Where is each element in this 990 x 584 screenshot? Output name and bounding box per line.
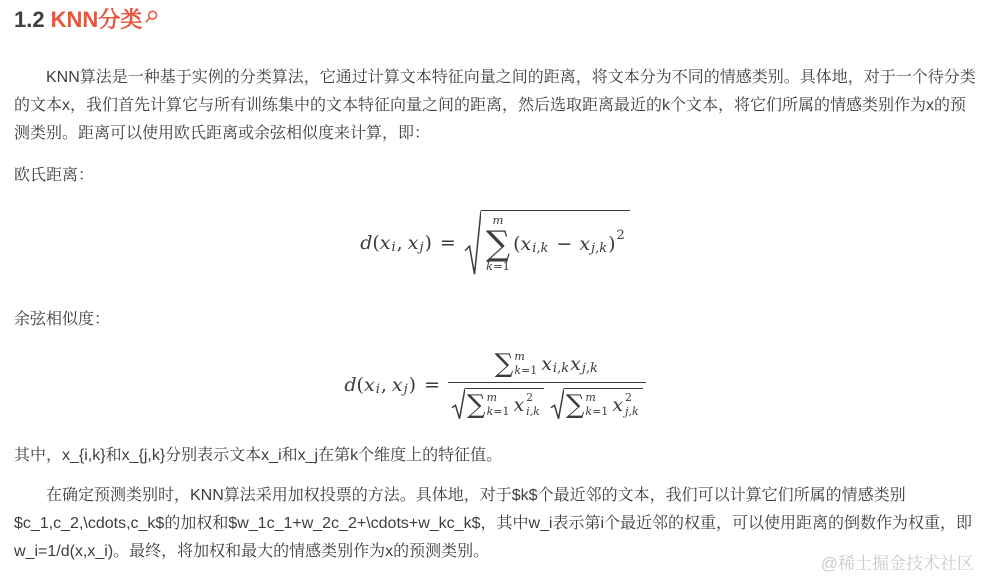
math-equals: = xyxy=(424,374,440,396)
math-equals: = xyxy=(440,232,456,254)
formula-lhs: d(xi,xj)= xyxy=(360,232,464,254)
article-content: 1.2 KNN分类 KNN算法是一种基于实例的分类算法，它通过计算文本特征向量之… xyxy=(0,0,990,566)
radical-sign-icon xyxy=(550,388,564,420)
sum-limits: m k=1 xyxy=(487,391,510,419)
summation-inline: ∑ m k=1 xyxy=(467,391,509,419)
search-icon[interactable] xyxy=(144,3,158,31)
math-var-k: k xyxy=(514,364,521,378)
sum-lower-limit: k=1 xyxy=(487,405,510,419)
math-rparen: ) xyxy=(409,374,416,396)
radical: ∑ m k=1 x 2 j,k xyxy=(550,388,643,420)
math-sup-two: 2 xyxy=(625,391,632,405)
sum-lower-limit: k=1 xyxy=(514,364,537,378)
watermark: @稀土掘金技术社区 xyxy=(821,549,974,574)
math-var-k: k xyxy=(487,405,494,419)
math-var-d: d xyxy=(360,232,372,254)
section-number: 1.2 xyxy=(14,6,45,34)
math-var-x: x xyxy=(364,374,375,396)
radical-body: ∑ m k=1 x 2 i,k xyxy=(465,388,544,420)
sum-upper-limit: m xyxy=(487,391,497,405)
math-sub-i: i xyxy=(376,382,380,397)
math-sub-jk: j,k xyxy=(625,405,639,419)
fraction-numerator: ∑ m k=1 xi,kxj,k xyxy=(485,350,609,383)
section-title: KNN分类 xyxy=(51,6,143,34)
formula-lhs: d(xi,xj)= xyxy=(344,374,448,396)
euclidean-label: 欧氏距离： xyxy=(14,162,976,190)
sum-limits: m k=1 xyxy=(585,391,608,419)
cosine-label: 余弦相似度： xyxy=(14,306,976,334)
section-heading: 1.2 KNN分类 xyxy=(14,6,976,34)
math-lparen: ( xyxy=(372,232,379,254)
math-sub-ik: i,k xyxy=(553,361,569,376)
math-sub-jk: j,k xyxy=(591,241,607,256)
heading-anchor-link[interactable]: KNN分类 xyxy=(51,6,159,34)
math-sub-j: j xyxy=(404,382,408,397)
supsub-stack: 2 j,k xyxy=(625,391,639,419)
radical-body: m ∑ k=1 (xi,k−xj,k)2 xyxy=(481,210,630,276)
math-var-d: d xyxy=(344,374,356,396)
math-sup-two: 2 xyxy=(526,391,533,405)
sigma-icon: ∑ xyxy=(495,351,514,377)
math-sub-i: i xyxy=(392,240,396,255)
euclidean-distance-formula: d(xi,xj)= m ∑ k=1 (xi,k−xj,k)2 xyxy=(14,210,976,276)
math-sub-jk: j,k xyxy=(582,361,598,376)
math-var-x: x xyxy=(392,374,403,396)
math-var-x: x xyxy=(612,394,623,416)
math-rparen: ) xyxy=(424,232,431,254)
radical-sign-icon xyxy=(464,210,481,276)
math-sub-j: j xyxy=(419,240,423,255)
math-var-x: x xyxy=(570,353,581,375)
sum-upper-limit: m xyxy=(585,391,595,405)
math-var-x: x xyxy=(579,233,590,255)
radical-body: ∑ m k=1 x 2 j,k xyxy=(564,388,643,420)
summation: m ∑ k=1 xyxy=(486,214,510,274)
summation-inline: ∑ m k=1 xyxy=(495,350,537,378)
math-eq-one: =1 xyxy=(592,405,608,419)
sum-lower-limit: k=1 xyxy=(486,260,510,274)
math-rparen: ) xyxy=(608,233,615,255)
math-sub-ik: i,k xyxy=(526,405,540,419)
radical: ∑ m k=1 x 2 i,k xyxy=(451,388,544,420)
math-eq-one: =1 xyxy=(521,364,537,378)
math-comma: , xyxy=(381,374,387,396)
math-var-k: k xyxy=(585,405,592,419)
math-lparen: ( xyxy=(357,374,364,396)
sum-lower-limit: k=1 xyxy=(585,405,608,419)
fraction-denominator: ∑ m k=1 x 2 i,k xyxy=(448,382,646,420)
cosine-similarity-formula: d(xi,xj)= ∑ m k=1 xi,kxj,k xyxy=(14,350,976,420)
math-comma: , xyxy=(397,232,403,254)
radical-sign-icon xyxy=(451,388,465,420)
math-sup-two: 2 xyxy=(617,228,625,243)
sum-limits: m k=1 xyxy=(514,350,537,378)
math-var-x: x xyxy=(541,353,552,375)
math-var-x: x xyxy=(513,394,524,416)
summation-inline: ∑ m k=1 xyxy=(566,391,608,419)
where-note-paragraph: 其中，x_{i,k}和x_{j,k}分别表示文本x_i和x_j在第k个维度上的特… xyxy=(14,442,976,470)
math-eq-one: =1 xyxy=(493,405,509,419)
sigma-icon: ∑ xyxy=(486,228,510,260)
intro-paragraph: KNN算法是一种基于实例的分类算法，它通过计算文本特征向量之间的距离，将文本分为… xyxy=(14,64,976,148)
math-var-x: x xyxy=(380,232,391,254)
sigma-icon: ∑ xyxy=(566,392,585,418)
math-eq-one: =1 xyxy=(493,260,510,274)
math-var-x: x xyxy=(408,232,419,254)
fraction: ∑ m k=1 xi,kxj,k ∑ xyxy=(448,350,646,420)
math-var-k: k xyxy=(486,260,493,274)
radical: m ∑ k=1 (xi,k−xj,k)2 xyxy=(464,210,630,276)
math-lparen: ( xyxy=(513,233,520,255)
math-minus: − xyxy=(556,233,572,255)
sigma-icon: ∑ xyxy=(467,392,486,418)
math-var-x: x xyxy=(521,233,532,255)
supsub-stack: 2 i,k xyxy=(526,391,540,419)
math-sub-ik: i,k xyxy=(532,241,548,256)
sum-upper-limit: m xyxy=(514,350,524,364)
